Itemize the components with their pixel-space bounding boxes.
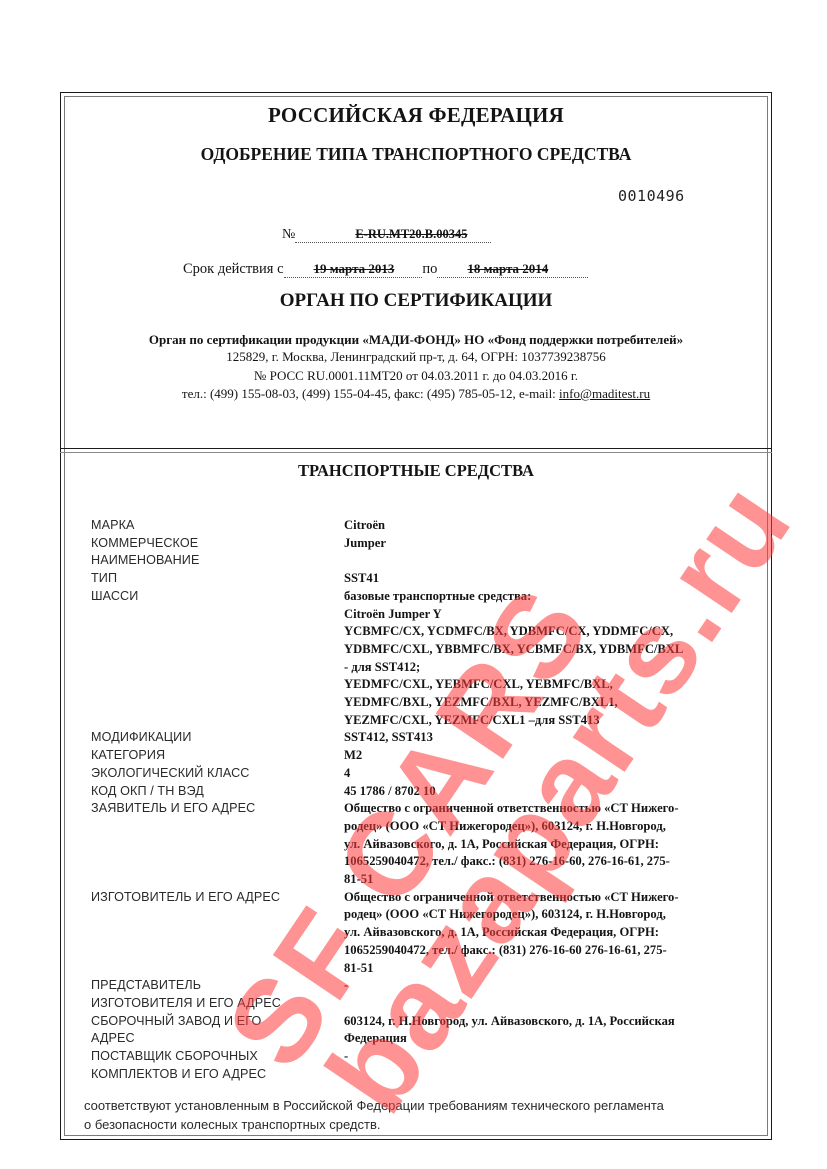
field-label-line bbox=[91, 942, 344, 960]
field-label-line bbox=[91, 676, 344, 694]
field-value-line: M2 bbox=[344, 747, 761, 765]
field-label: КОД ОКП / ТН ВЭД bbox=[91, 783, 344, 801]
field-value-line: - для SST412; bbox=[344, 659, 761, 677]
field-label-line bbox=[91, 623, 344, 641]
field-value: SST412, SST413 bbox=[344, 729, 761, 747]
contacts-text: тел.: (499) 155-08-03, (499) 155-04-45, … bbox=[182, 386, 559, 401]
table-row: КОД ОКП / ТН ВЭД45 1786 / 8702 10 bbox=[91, 783, 761, 801]
field-value-line: 45 1786 / 8702 10 bbox=[344, 783, 761, 801]
field-label: ПРЕДСТАВИТЕЛЬИЗГОТОВИТЕЛЯ И ЕГО АДРЕС bbox=[91, 977, 344, 1012]
field-value-line: ул. Айвазовского, д. 1А, Российская Феде… bbox=[344, 836, 761, 854]
table-row: КАТЕГОРИЯM2 bbox=[91, 747, 761, 765]
table-row: ТИПSST41 bbox=[91, 570, 761, 588]
field-label-line: ПОСТАВЩИК СБОРОЧНЫХ bbox=[91, 1048, 344, 1066]
validity-line: Срок действия с19 марта 2013по18 марта 2… bbox=[183, 261, 588, 278]
field-value: 603124, г. Н.Новгород, ул. Айвазовского,… bbox=[344, 1013, 761, 1048]
field-value: Общество с ограниченной ответственностью… bbox=[344, 800, 761, 889]
field-value-line: YEDMFC/CXL, YEBMFC/CXL, YEBMFC/BXL, bbox=[344, 676, 761, 694]
field-label-line: ИЗГОТОВИТЕЛЬ И ЕГО АДРЕС bbox=[91, 889, 344, 907]
field-label: ШАССИ bbox=[91, 588, 344, 730]
field-value: 4 bbox=[344, 765, 761, 783]
field-label-line bbox=[91, 836, 344, 854]
field-label-line: ИЗГОТОВИТЕЛЯ И ЕГО АДРЕС bbox=[91, 995, 344, 1013]
field-value-line: - bbox=[344, 977, 761, 995]
country-title: РОССИЙСКАЯ ФЕДЕРАЦИЯ bbox=[60, 103, 772, 128]
field-label-line: МАРКА bbox=[91, 517, 344, 535]
field-label-line: ЭКОЛОГИЧЕСКИЙ КЛАСС bbox=[91, 765, 344, 783]
table-row: ИЗГОТОВИТЕЛЬ И ЕГО АДРЕСОбщество с огран… bbox=[91, 889, 761, 978]
field-value-line: Jumper bbox=[344, 535, 761, 553]
field-value-line: ул. Айвазовского, д. 1А, Российская Феде… bbox=[344, 924, 761, 942]
field-value-line: Citroёn Jumper Y bbox=[344, 606, 761, 624]
field-label: ЭКОЛОГИЧЕСКИЙ КЛАСС bbox=[91, 765, 344, 783]
field-value-line: базовые транспортные средства: bbox=[344, 588, 761, 606]
field-label-line bbox=[91, 712, 344, 730]
field-label: ИЗГОТОВИТЕЛЬ И ЕГО АДРЕС bbox=[91, 889, 344, 978]
field-label-line bbox=[91, 960, 344, 978]
field-label-line bbox=[91, 694, 344, 712]
table-row: МАРКАCitroёn bbox=[91, 517, 761, 535]
field-value-line bbox=[344, 552, 761, 570]
table-row: ШАССИбазовые транспортные средства:Citro… bbox=[91, 588, 761, 730]
field-value: M2 bbox=[344, 747, 761, 765]
field-label-line bbox=[91, 853, 344, 871]
conformity-statement: соответствуют установленным в Российской… bbox=[84, 1096, 664, 1134]
validity-label: Срок действия с bbox=[183, 261, 284, 277]
field-value-line: 81-51 bbox=[344, 960, 761, 978]
field-value-line: SST41 bbox=[344, 570, 761, 588]
field-label-line bbox=[91, 906, 344, 924]
field-value-line bbox=[344, 1066, 761, 1084]
field-label-line: МОДИФИКАЦИИ bbox=[91, 729, 344, 747]
field-label: ТИП bbox=[91, 570, 344, 588]
field-label-line: АДРЕС bbox=[91, 1030, 344, 1048]
certification-body-address: 125829, г. Москва, Ленинградский пр-т, д… bbox=[60, 347, 772, 366]
field-value-line: 603124, г. Н.Новгород, ул. Айвазовского,… bbox=[344, 1013, 761, 1031]
field-value: - bbox=[344, 977, 761, 1012]
certification-body-contacts: тел.: (499) 155-08-03, (499) 155-04-45, … bbox=[60, 384, 772, 403]
number-label: № bbox=[282, 227, 295, 242]
field-value: базовые транспортные средства:Citroёn Ju… bbox=[344, 588, 761, 730]
field-label: МАРКА bbox=[91, 517, 344, 535]
vehicles-title: ТРАНСПОРТНЫЕ СРЕДСТВА bbox=[60, 461, 772, 481]
valid-to: 18 марта 2014 bbox=[437, 261, 588, 278]
field-value: - bbox=[344, 1048, 761, 1083]
approval-number-line: №E-RU.MT20.B.00345 bbox=[282, 227, 491, 243]
field-value: Citroёn bbox=[344, 517, 761, 535]
field-label: ЗАЯВИТЕЛЬ И ЕГО АДРЕС bbox=[91, 800, 344, 889]
field-label: КАТЕГОРИЯ bbox=[91, 747, 344, 765]
field-label-line: ЗАЯВИТЕЛЬ И ЕГО АДРЕС bbox=[91, 800, 344, 818]
table-row: КОММЕРЧЕСКОЕНАИМЕНОВАНИЕJumper bbox=[91, 535, 761, 570]
field-label-line bbox=[91, 659, 344, 677]
conformity-line-1: соответствуют установленным в Российской… bbox=[84, 1096, 664, 1115]
field-value: Jumper bbox=[344, 535, 761, 570]
field-value: SST41 bbox=[344, 570, 761, 588]
field-label: СБОРОЧНЫЙ ЗАВОД И ЕГОАДРЕС bbox=[91, 1013, 344, 1048]
field-label: КОММЕРЧЕСКОЕНАИМЕНОВАНИЕ bbox=[91, 535, 344, 570]
vehicle-details-table: МАРКАCitroёnКОММЕРЧЕСКОЕНАИМЕНОВАНИЕJump… bbox=[91, 517, 761, 1084]
field-value-line: YEZMFC/CXL, YEZMFC/CXL1 –для SST413 bbox=[344, 712, 761, 730]
section-divider bbox=[60, 448, 772, 449]
field-value: 45 1786 / 8702 10 bbox=[344, 783, 761, 801]
field-label-line: НАИМЕНОВАНИЕ bbox=[91, 552, 344, 570]
table-row: ПРЕДСТАВИТЕЛЬИЗГОТОВИТЕЛЯ И ЕГО АДРЕС- bbox=[91, 977, 761, 1012]
conformity-line-2: о безопасности колесных транспортных сре… bbox=[84, 1115, 664, 1134]
table-row: ПОСТАВЩИК СБОРОЧНЫХКОМПЛЕКТОВ И ЕГО АДРЕ… bbox=[91, 1048, 761, 1083]
field-value-line: 1065259040472, тел./ факс.: (831) 276-16… bbox=[344, 942, 761, 960]
field-label-line: КОМПЛЕКТОВ И ЕГО АДРЕС bbox=[91, 1066, 344, 1084]
section-divider-inner bbox=[60, 452, 772, 453]
field-label-line: КОД ОКП / ТН ВЭД bbox=[91, 783, 344, 801]
table-row: ЗАЯВИТЕЛЬ И ЕГО АДРЕСОбщество с ограниче… bbox=[91, 800, 761, 889]
field-value-line bbox=[344, 995, 761, 1013]
field-value: Общество с ограниченной ответственностью… bbox=[344, 889, 761, 978]
table-row: СБОРОЧНЫЙ ЗАВОД И ЕГОАДРЕС603124, г. Н.Н… bbox=[91, 1013, 761, 1048]
field-value-line: родец» (ООО «СТ Нижегородец»), 603124, г… bbox=[344, 906, 761, 924]
field-value-line: Citroёn bbox=[344, 517, 761, 535]
field-value-line: 1065259040472, тел./ факс.: (831) 276-16… bbox=[344, 853, 761, 871]
field-label-line bbox=[91, 871, 344, 889]
field-label-line: КАТЕГОРИЯ bbox=[91, 747, 344, 765]
field-label-line bbox=[91, 818, 344, 836]
field-value-line: SST412, SST413 bbox=[344, 729, 761, 747]
field-label-line: ШАССИ bbox=[91, 588, 344, 606]
field-value-line: Общество с ограниченной ответственностью… bbox=[344, 889, 761, 907]
field-value-line: 4 bbox=[344, 765, 761, 783]
certification-body-title: ОРГАН ПО СЕРТИФИКАЦИИ bbox=[60, 290, 772, 312]
field-value-line: YEDMFC/BXL, YEZMFC/BXL, YEZMFC/BXL1, bbox=[344, 694, 761, 712]
field-label-line: СБОРОЧНЫЙ ЗАВОД И ЕГО bbox=[91, 1013, 344, 1031]
field-value-line: YCBMFC/CX, YCDMFC/BX, YDBMFC/CX, YDDMFC/… bbox=[344, 623, 761, 641]
field-label-line: ПРЕДСТАВИТЕЛЬ bbox=[91, 977, 344, 995]
field-value-line: Федерация bbox=[344, 1030, 761, 1048]
approval-number: E-RU.MT20.B.00345 bbox=[295, 227, 491, 243]
field-value-line: 81-51 bbox=[344, 871, 761, 889]
field-label-line bbox=[91, 924, 344, 942]
field-label: МОДИФИКАЦИИ bbox=[91, 729, 344, 747]
document-title: ОДОБРЕНИЕ ТИПА ТРАНСПОРТНОГО СРЕДСТВА bbox=[60, 144, 772, 165]
field-value-line: родец» (ООО «СТ Нижегородец»), 603124, г… bbox=[344, 818, 761, 836]
field-value-line: - bbox=[344, 1048, 761, 1066]
table-row: ЭКОЛОГИЧЕСКИЙ КЛАСС4 bbox=[91, 765, 761, 783]
field-label-line bbox=[91, 606, 344, 624]
field-label-line bbox=[91, 641, 344, 659]
field-label: ПОСТАВЩИК СБОРОЧНЫХКОМПЛЕКТОВ И ЕГО АДРЕ… bbox=[91, 1048, 344, 1083]
valid-from: 19 марта 2013 bbox=[284, 261, 423, 278]
field-value-line: YDBMFC/CXL, YBBMFC/BX, YCBMFC/BX, YDBMFC… bbox=[344, 641, 761, 659]
field-label-line: КОММЕРЧЕСКОЕ bbox=[91, 535, 344, 553]
field-value-line: Общество с ограниченной ответственностью… bbox=[344, 800, 761, 818]
validity-to-label: по bbox=[422, 261, 437, 277]
certification-body-accreditation: № РОСС RU.0001.11МТ20 от 04.03.2011 г. д… bbox=[60, 366, 772, 385]
serial-number: 0010496 bbox=[618, 187, 685, 205]
table-row: МОДИФИКАЦИИSST412, SST413 bbox=[91, 729, 761, 747]
field-label-line: ТИП bbox=[91, 570, 344, 588]
email-link[interactable]: info@maditest.ru bbox=[559, 386, 650, 401]
